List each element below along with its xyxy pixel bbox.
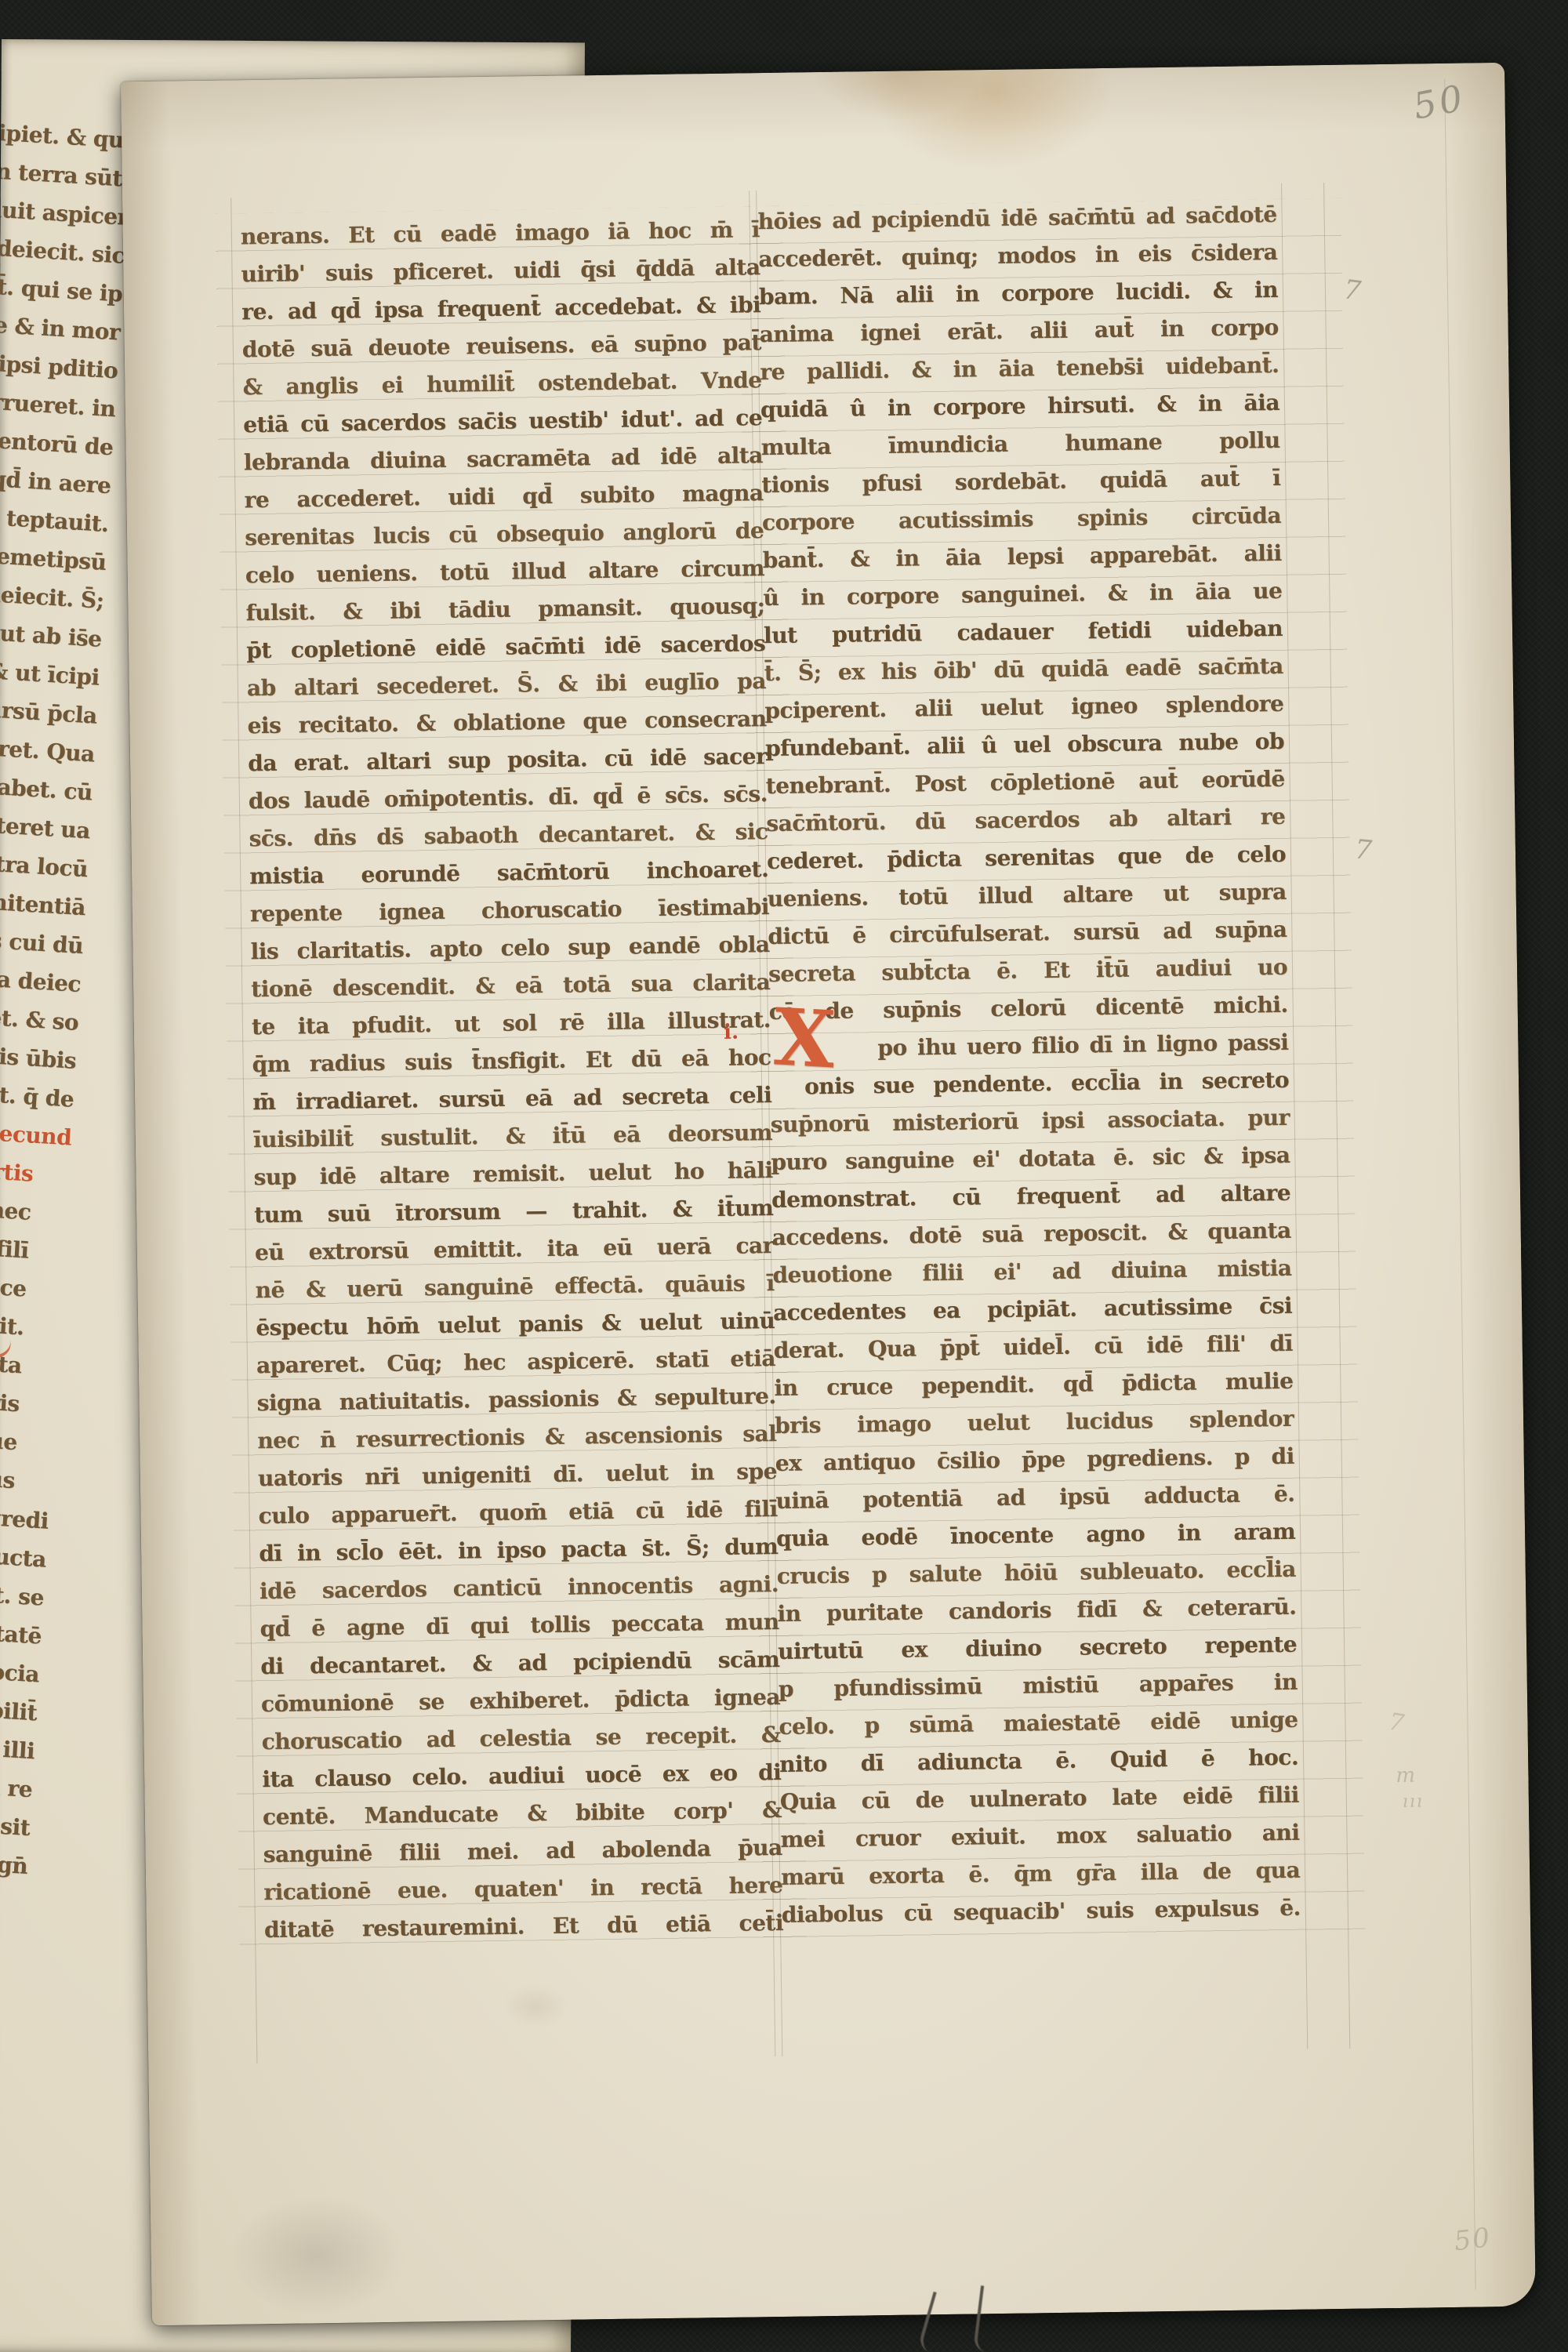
manuscript-page: 50 nerans. Et cū eadē imago iā hoc m̄ īu… bbox=[121, 63, 1536, 2325]
pencil-mark: 7 bbox=[1387, 1708, 1406, 1738]
folio-number-bottom: 50 bbox=[1452, 2222, 1493, 2257]
rubricated-initial-X: X bbox=[771, 997, 837, 1079]
text-column-right: hōies ad pcipiendū idē sac̄m̄tū ad sac̄d… bbox=[757, 196, 1301, 1934]
manuscript-line: diabolus cū sequacib' suis expulsus ē. bbox=[782, 1889, 1301, 1934]
page-crease bbox=[1444, 79, 1475, 2290]
red-margin-note: i. bbox=[724, 1021, 739, 1044]
text-column-left: nerans. Et cū eadē imago iā hoc m̄ īuiri… bbox=[241, 211, 784, 1949]
pencil-mark: m bbox=[1396, 1764, 1415, 1788]
pencil-mark: 7 bbox=[1353, 834, 1373, 867]
previous-page-text-column: nē accipiet. & quicelo & in terra sūt.bo… bbox=[0, 107, 132, 1886]
folio-number-top: 50 bbox=[1410, 76, 1468, 128]
photograph-background: nē accipiet. & quicelo & in terra sūt.bo… bbox=[0, 0, 1568, 2352]
pencil-mark: 7 bbox=[1342, 274, 1363, 307]
manuscript-line: nē accipiet. & qui bbox=[0, 107, 132, 160]
manuscript-line: ditatē restauremini. Et dū etiā cet̄i bbox=[264, 1904, 784, 1949]
pencil-mark: ııı bbox=[1403, 1791, 1424, 1811]
